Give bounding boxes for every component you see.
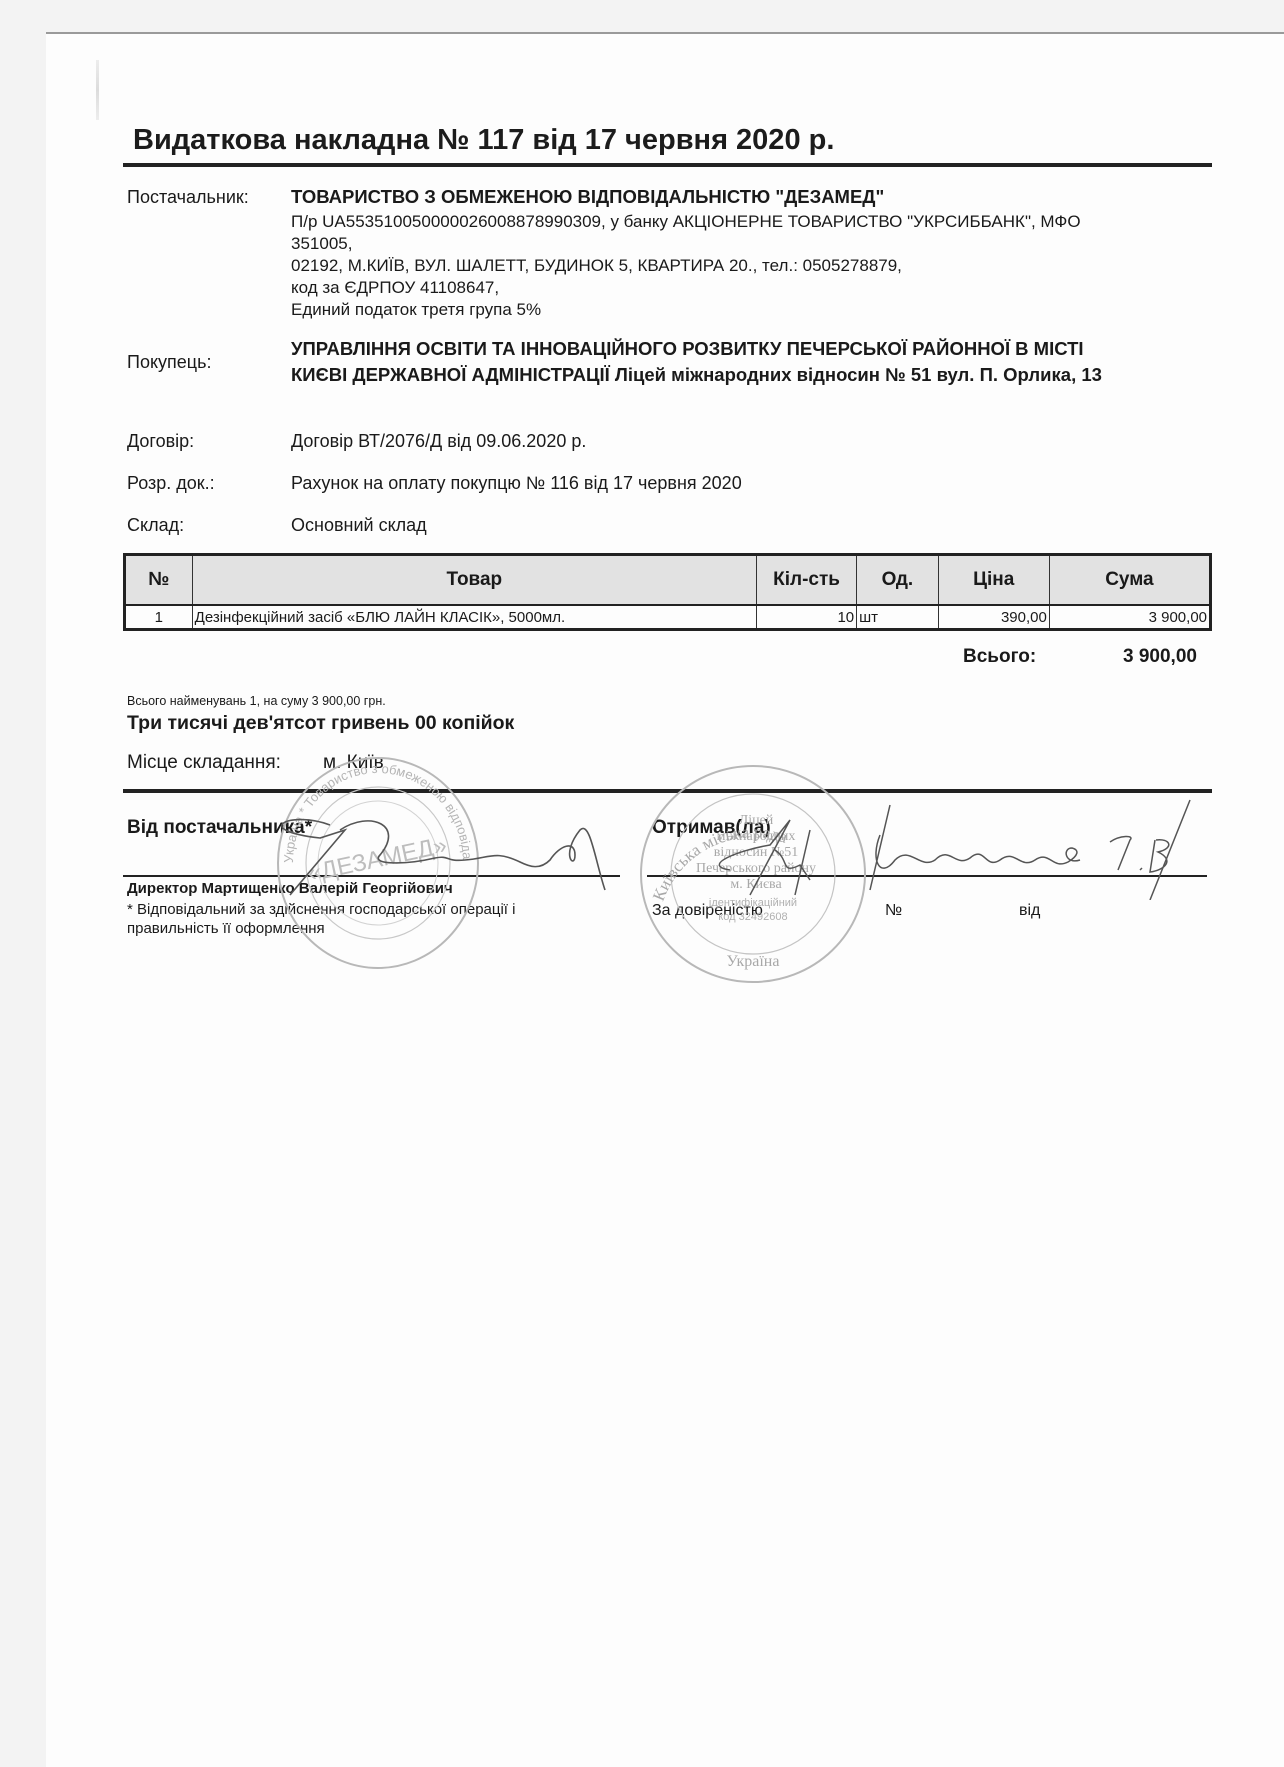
warehouse-value: Основний склад — [291, 515, 427, 536]
buyer-label: Покупець: — [127, 352, 211, 373]
signature-section-rule — [123, 789, 1212, 793]
buyer-line: УПРАВЛІННЯ ОСВІТИ ТА ІННОВАЦІЙНОГО РОЗВИ… — [291, 336, 1084, 361]
total-value: 3 900,00 — [1123, 646, 1197, 668]
proxy-date-label: від — [1019, 902, 1040, 920]
place-label: Місце складання: — [127, 752, 281, 774]
receiver-sign-header: Отримав(ла) — [652, 817, 771, 839]
settlement-doc-value: Рахунок на оплату покупцю № 116 від 17 ч… — [291, 473, 742, 494]
cell-price: 390,00 — [938, 605, 1049, 630]
supplier-signer-name: Директор Мартищенко Валерій Георгійович — [127, 880, 453, 897]
cell-number: 1 — [125, 605, 193, 630]
note-line: правильність її оформлення — [127, 919, 515, 938]
col-header-number: № — [125, 555, 193, 606]
supplier-line: 351005, — [291, 233, 352, 254]
col-header-product: Товар — [192, 555, 756, 606]
supplier-line: П/р UA553510050000026008878990309, у бан… — [291, 211, 1081, 232]
buyer-line: КИЄВІ ДЕРЖАВНОЇ АДМІНІСТРАЦІЇ Ліцей міжн… — [291, 362, 1102, 387]
cell-unit: шт — [857, 605, 939, 630]
supplier-line: код за ЄДРПОУ 41108647, — [291, 277, 499, 298]
scan-artifact — [96, 60, 99, 120]
amount-in-words: Три тисячі дев'ятсот гривень 00 копійок — [127, 712, 514, 735]
proxy-number-label: № — [885, 902, 902, 920]
note-line: * Відповідальний за здійснення господарс… — [127, 900, 515, 919]
settlement-doc-label: Розр. док.: — [127, 473, 215, 494]
table-row: 1 Дезінфекційний засіб «БЛЮ ЛАЙН КЛАСІК»… — [125, 605, 1211, 630]
cell-quantity: 10 — [757, 605, 857, 630]
supplier-line: 02192, М.КИЇВ, ВУЛ. ШАЛЕТТ, БУДИНОК 5, К… — [291, 255, 902, 276]
supplier-name: ТОВАРИСТВО З ОБМЕЖЕНОЮ ВІДПОВІДАЛЬНІСТЮ … — [291, 184, 884, 209]
col-header-sum: Сума — [1049, 555, 1210, 606]
responsibility-note: * Відповідальний за здійснення господарс… — [127, 900, 515, 938]
items-table: № Товар Кіл-сть Од. Ціна Сума 1 Дезінфек… — [123, 553, 1212, 631]
proxy-label: За довіреністю — [652, 902, 763, 920]
receiver-sign-line — [647, 875, 1207, 877]
contract-value: Договір ВТ/2076/Д від 09.06.2020 р. — [291, 431, 586, 452]
contract-label: Договір: — [127, 431, 194, 452]
supplier-line: Единий податок третя група 5% — [291, 299, 541, 320]
cell-product: Дезінфекційний засіб «БЛЮ ЛАЙН КЛАСІК», … — [192, 605, 756, 630]
place-value: м. Київ — [323, 752, 384, 774]
supplier-label: Постачальник: — [127, 187, 249, 208]
warehouse-label: Склад: — [127, 515, 184, 536]
table-header-row: № Товар Кіл-сть Од. Ціна Сума — [125, 555, 1211, 606]
page-title: Видаткова накладна № 117 від 17 червня 2… — [133, 124, 834, 157]
total-label: Всього: — [963, 646, 1036, 668]
supplier-sign-line — [123, 875, 620, 877]
title-rule — [123, 163, 1212, 167]
col-header-unit: Од. — [857, 555, 939, 606]
supplier-sign-header: Від постачальника* — [127, 817, 312, 839]
cell-sum: 3 900,00 — [1049, 605, 1210, 630]
item-count-summary: Всього найменувань 1, на суму 3 900,00 г… — [127, 694, 386, 708]
col-header-quantity: Кіл-сть — [757, 555, 857, 606]
col-header-price: Ціна — [938, 555, 1049, 606]
